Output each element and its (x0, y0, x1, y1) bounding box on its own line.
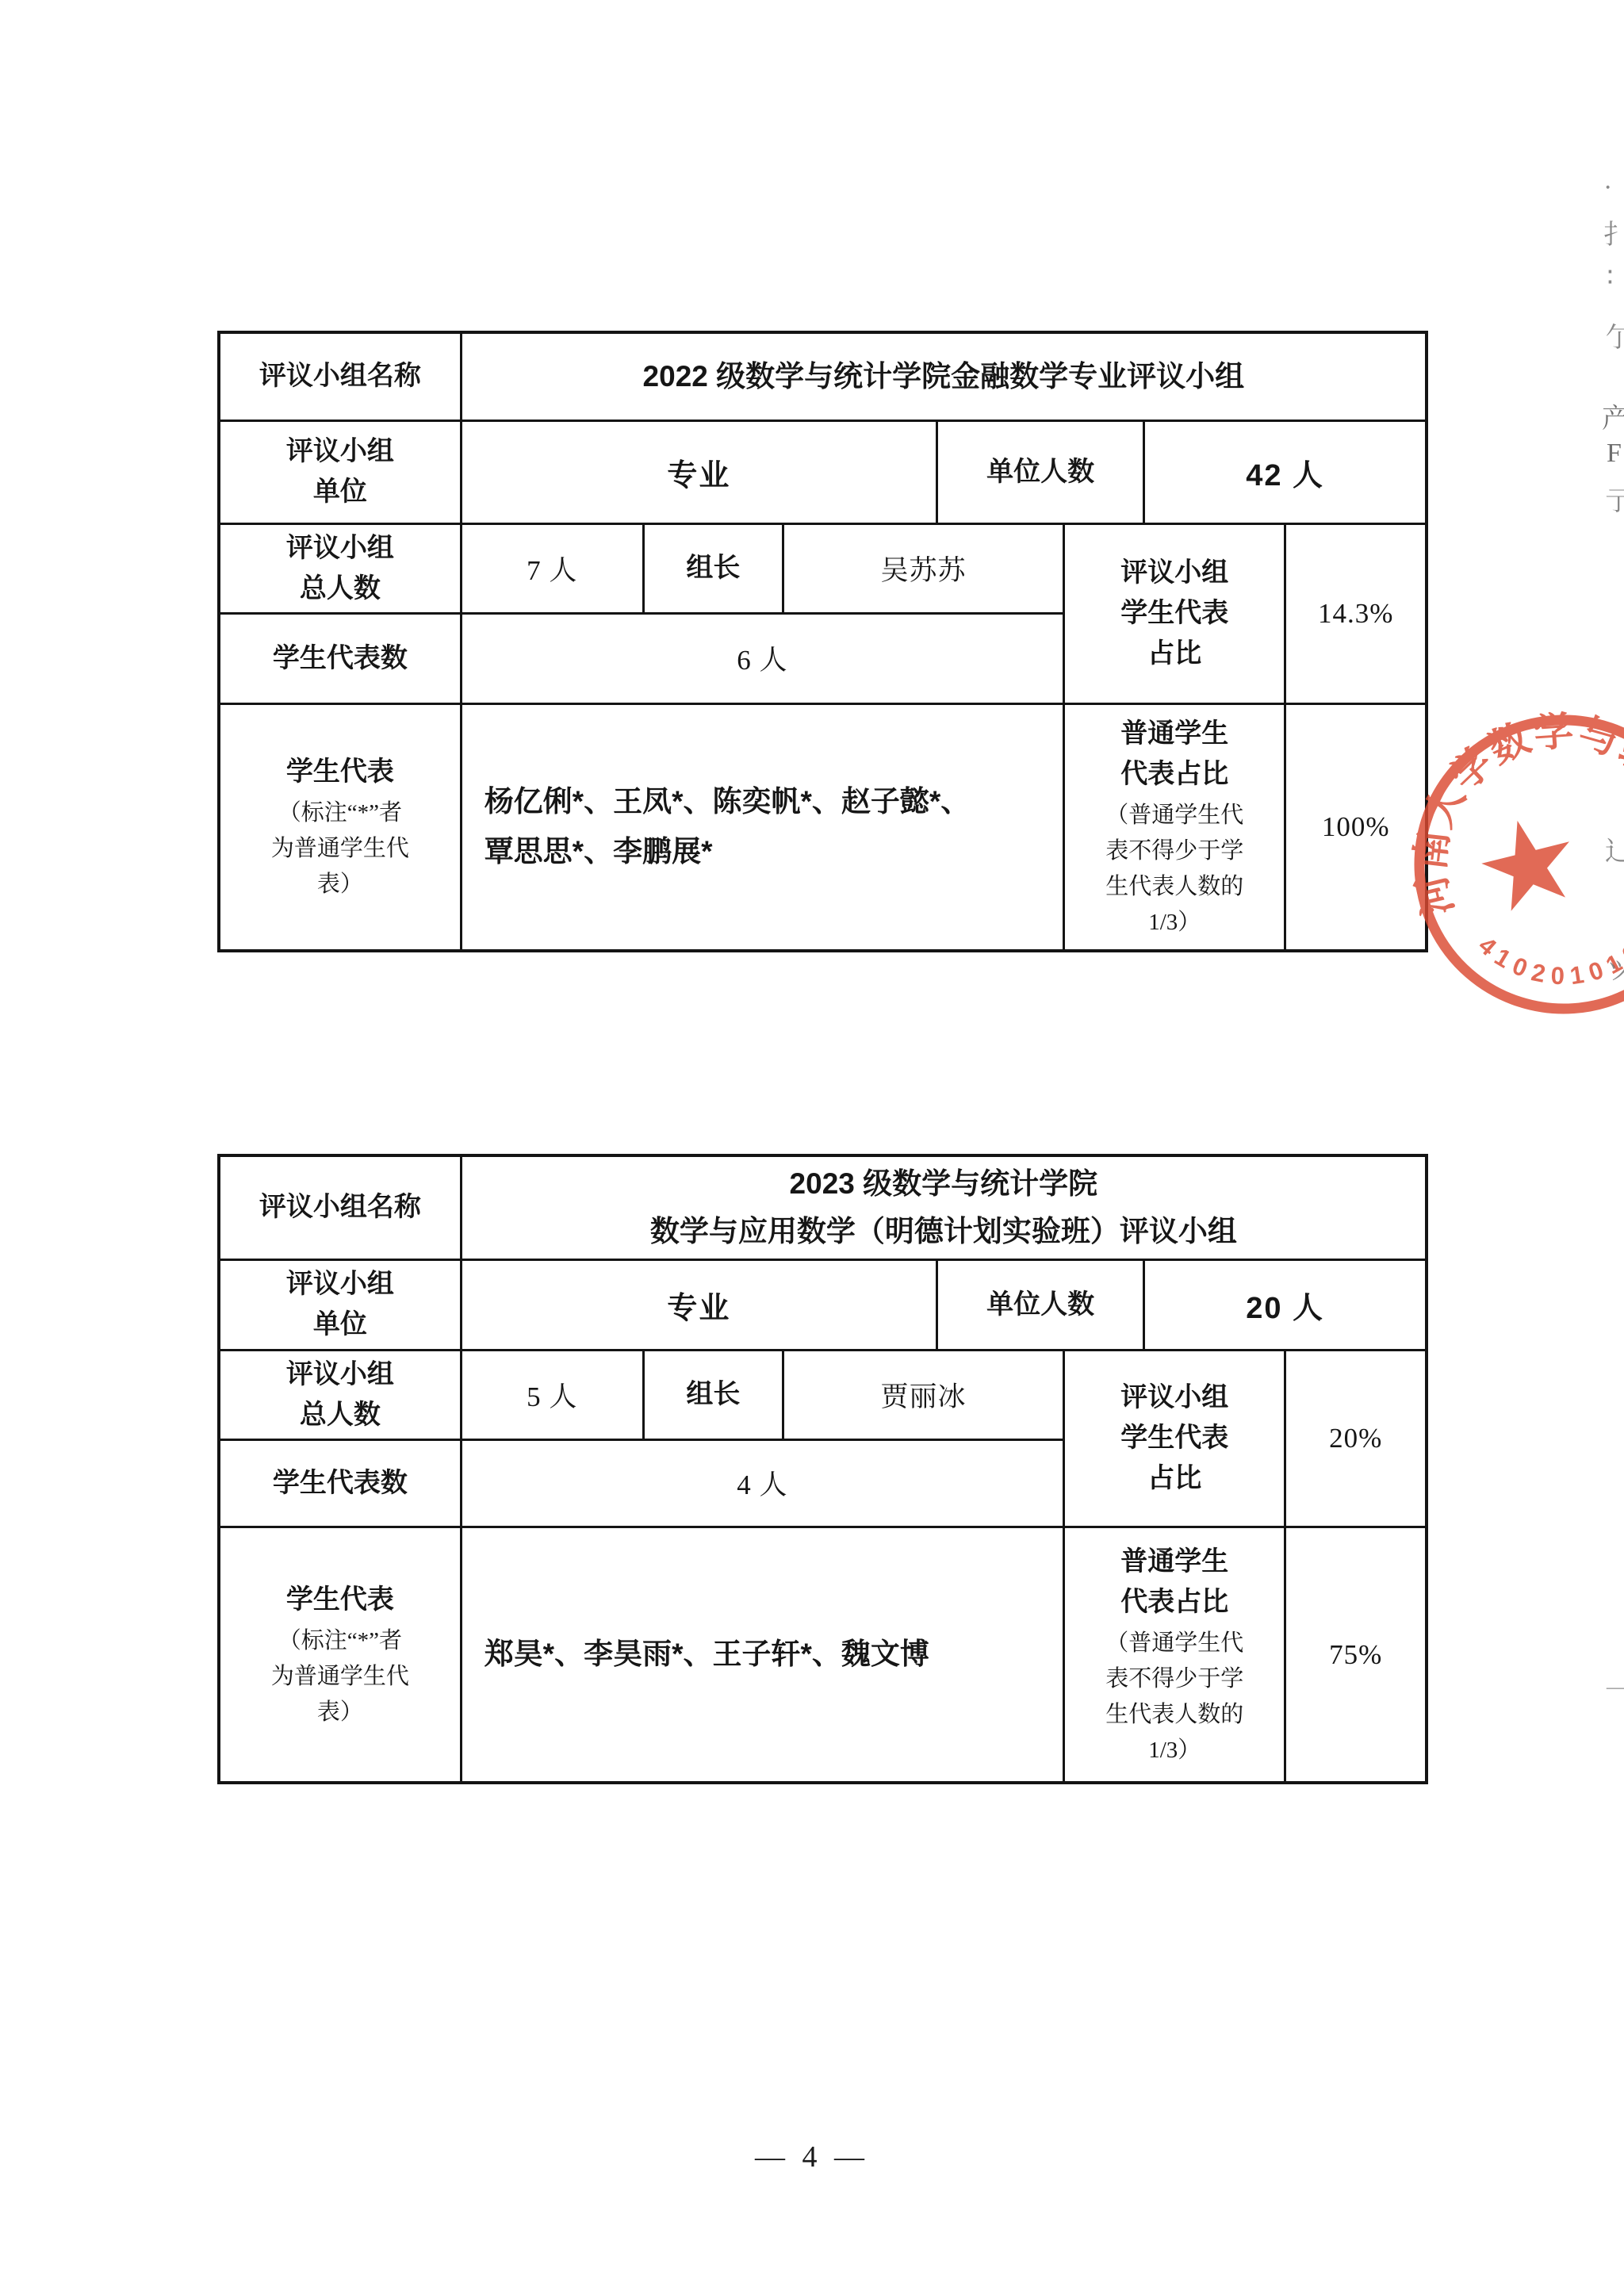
reps-label: 学生代表 (286, 1580, 394, 1620)
reps-label: 学生代表 (286, 752, 394, 792)
unit-label: 评议小组 单位 (219, 420, 461, 523)
edge-artifact-glyph: F (1607, 439, 1622, 469)
rep-count-label: 学生代表数 (219, 1439, 461, 1527)
total-value: 5 人 (461, 1350, 643, 1439)
group-name-value: 2023 级数学与统计学院 数学与应用数学（明德计划实验班）评议小组 (461, 1155, 1427, 1259)
edge-artifact-glyph: 辶 (1605, 829, 1624, 868)
reps-label-cell: 学生代表 （标注“*”者 为普通学生代 表） (219, 703, 461, 951)
leader-value: 吴苏苏 (783, 523, 1063, 613)
ordinary-ratio-label-cell: 普通学生 代表占比 （普通学生代 表不得少于学 生代表人数的 1/3） (1064, 703, 1285, 951)
edge-artifact-glyph: ツ (1607, 948, 1624, 987)
ordinary-ratio-label-cell: 普通学生 代表占比 （普通学生代 表不得少于学 生代表人数的 1/3） (1064, 1527, 1285, 1783)
total-label: 评议小组 总人数 (219, 523, 461, 613)
unit-label: 评议小组 单位 (219, 1259, 461, 1350)
total-value: 7 人 (461, 523, 643, 613)
leader-value: 贾丽冰 (783, 1350, 1063, 1439)
reps-note: （标注“*”者 为普通学生代 表） (271, 795, 409, 902)
seal-ring (1410, 711, 1624, 1019)
ordinary-ratio-value: 75% (1285, 1527, 1427, 1783)
unit-count-label: 单位人数 (937, 1259, 1144, 1350)
ordinary-ratio-note: （普通学生代 表不得少于学 生代表人数的 1/3） (1105, 798, 1243, 941)
reps-value: 杨亿俐*、王凤*、陈奕帆*、赵子懿*、 覃思思*、李鹏展* (461, 703, 1063, 951)
unit-value: 专业 (461, 420, 936, 523)
edge-artifact-glyph: — (1607, 1672, 1624, 1702)
unit-count-value: 42 人 (1144, 420, 1427, 523)
ordinary-ratio-label: 普通学生 代表占比 (1120, 1542, 1228, 1623)
unit-value: 专业 (461, 1259, 936, 1350)
seal-ring-text: 河南大学数学与统计学院 (1397, 699, 1624, 921)
group-name-label: 评议小组名称 (219, 1155, 461, 1259)
student-ratio-value: 20% (1285, 1350, 1427, 1527)
student-ratio-value: 14.3% (1285, 523, 1427, 703)
leader-label: 组长 (643, 1350, 783, 1439)
group-name-label: 评议小组名称 (219, 332, 461, 420)
ordinary-ratio-value: 100% (1285, 703, 1427, 951)
reps-note: （标注“*”者 为普通学生代 表） (271, 1623, 409, 1730)
review-group-table-2022: 评议小组名称 2022 级数学与统计学院金融数学专业评议小组 评议小组 单位 专… (217, 331, 1428, 952)
edge-artifact-glyph: 亍 (1605, 479, 1624, 518)
edge-artifact-glyph: 扌 (1603, 213, 1624, 251)
student-ratio-label: 评议小组 学生代表 占比 (1064, 1350, 1285, 1527)
reps-value: 郑昊*、李昊雨*、王子轩*、魏文博 (461, 1527, 1063, 1783)
ordinary-ratio-note: （普通学生代 表不得少于学 生代表人数的 1/3） (1105, 1626, 1243, 1768)
edge-artifact-glyph: 产 (1602, 397, 1624, 435)
student-ratio-label: 评议小组 学生代表 占比 (1064, 523, 1285, 703)
edge-artifact-glyph: 亇 (1605, 316, 1624, 354)
edge-artifact-glyph: ∶ (1607, 262, 1614, 293)
edge-artifact-glyph: · (1603, 173, 1612, 203)
group-name-value: 2022 级数学与统计学院金融数学专业评议小组 (461, 332, 1427, 420)
unit-count-value: 20 人 (1144, 1259, 1427, 1350)
unit-count-label: 单位人数 (937, 420, 1144, 523)
review-group-table-2023: 评议小组名称 2023 级数学与统计学院 数学与应用数学（明德计划实验班）评议小… (217, 1154, 1428, 1784)
rep-count-label: 学生代表数 (219, 613, 461, 703)
ordinary-ratio-label: 普通学生 代表占比 (1120, 714, 1228, 795)
total-label: 评议小组 总人数 (219, 1350, 461, 1439)
page-number: — 4 — (0, 2140, 1624, 2174)
seal-star-icon (1473, 810, 1582, 915)
rep-count-value: 4 人 (461, 1439, 1063, 1527)
leader-label: 组长 (643, 523, 783, 613)
reps-label-cell: 学生代表 （标注“*”者 为普通学生代 表） (219, 1527, 461, 1783)
rep-count-value: 6 人 (461, 613, 1063, 703)
seal-code: 410201010F (1472, 919, 1624, 997)
